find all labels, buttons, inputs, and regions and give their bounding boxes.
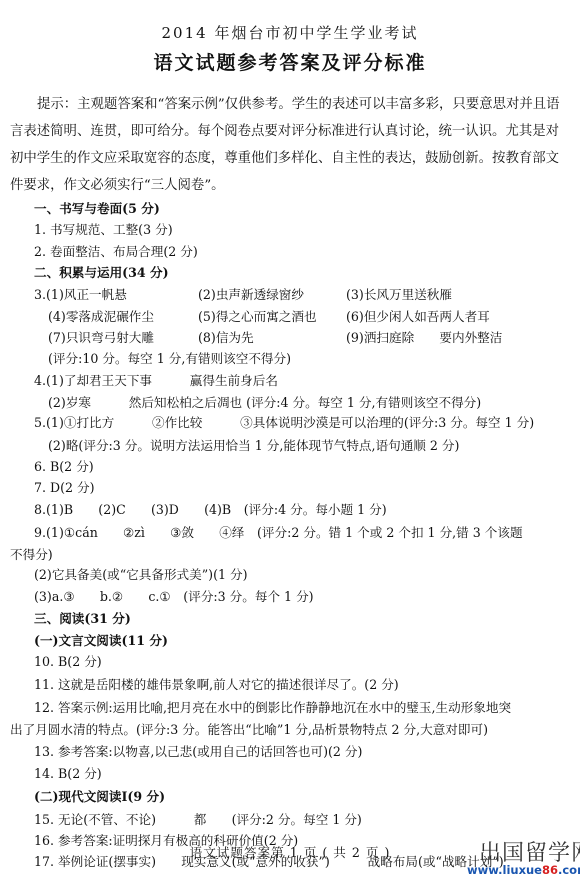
answer-line: 3.(1)风正一帆悬(2)虫声新透绿窗纱(3)长风万里送秋雁 (34, 285, 127, 305)
answer-line: (2)它具备美(或“它具备形式美”)(1 分) (34, 565, 248, 585)
answer-line: 14. B(2 分) (34, 764, 102, 784)
answer-line: 出了月圆水清的特点。(评分:3 分。能答出“比喻”1 分,品析景物特点 2 分,… (10, 720, 488, 740)
answer-line: 6. B(2 分) (34, 457, 94, 477)
section-heading: 一、书写与卷面(5 分) (34, 199, 160, 219)
exam-title: 2014 年烟台市初中学生学业考试 (0, 22, 580, 43)
document-title: 语文试题参考答案及评分标准 (0, 48, 580, 75)
section-heading: (一)文言文阅读(11 分) (34, 631, 168, 651)
watermark-url[interactable]: www.liuxue86.com (467, 863, 580, 877)
answer-line: (2)略(评分:3 分。说明方法运用恰当 1 分,能体现节气特点,语句通顺 2 … (48, 436, 459, 456)
answer-line: 8.(1)B (2)C (3)D (4)B (评分:4 分。每小题 1 分) (34, 500, 387, 520)
section-heading: (二)现代文阅读Ⅰ(9 分) (34, 787, 165, 807)
answer-line: 4.(1)了却君王天下事 赢得生前身后名 (34, 371, 278, 391)
answer-line: (3)a.③ b.② c.① (评分:3 分。每个 1 分) (34, 587, 314, 607)
answer-line: 10. B(2 分) (34, 652, 102, 672)
answer-line: 11. 这就是岳阳楼的雄伟景象啊,前人对它的描述很详尽了。(2 分) (34, 675, 399, 695)
answer-line: (7)只识弯弓射大雕(8)信为先(9)洒扫庭除 要内外整洁 (48, 328, 154, 348)
answer-line: 5.(1)①打比方 ②作比较 ③具体说明沙漠是可以治理的(评分:3 分。每空 1… (34, 413, 534, 433)
answer-line: 7. D(2 分) (34, 478, 95, 498)
answer-line: (评分:10 分。每空 1 分,有错则该空不得分) (48, 349, 291, 369)
answer-line: 不得分) (10, 545, 53, 565)
answer-line: (2)岁寒 然后知松柏之后凋也 (评分:4 分。每空 1 分,有错则该空不得分) (48, 393, 481, 413)
answer-line: 1. 书写规范、工整(3 分) (34, 220, 173, 240)
intro-paragraph: 提示：主观题答案和“答案示例”仅供参考。学生的表述可以丰富多彩，只要意思对并且语… (10, 91, 570, 199)
answer-line: 15. 无论(不管、不论) 都 (评分:2 分。每空 1 分) (34, 810, 362, 830)
answer-line: (4)零落成泥碾作尘(5)得之心而寓之酒也(6)但少闲人如吾两人者耳 (48, 307, 154, 327)
answer-line: 2. 卷面整洁、布局合理(2 分) (34, 242, 198, 262)
answer-line: 9.(1)①cán ②zì ③敛 ④绎 (评分:2 分。错 1 个或 2 个扣 … (34, 523, 523, 543)
answer-line: 12. 答案示例:运用比喻,把月亮在水中的倒影比作静静地沉在水中的璧玉,生动形象… (34, 698, 511, 718)
section-heading: 三、阅读(31 分) (34, 609, 131, 629)
section-heading: 二、积累与运用(34 分) (34, 263, 169, 283)
answer-line: 13. 参考答案:以物喜,以己悲(或用自己的话回答也可)(2 分) (34, 742, 362, 762)
